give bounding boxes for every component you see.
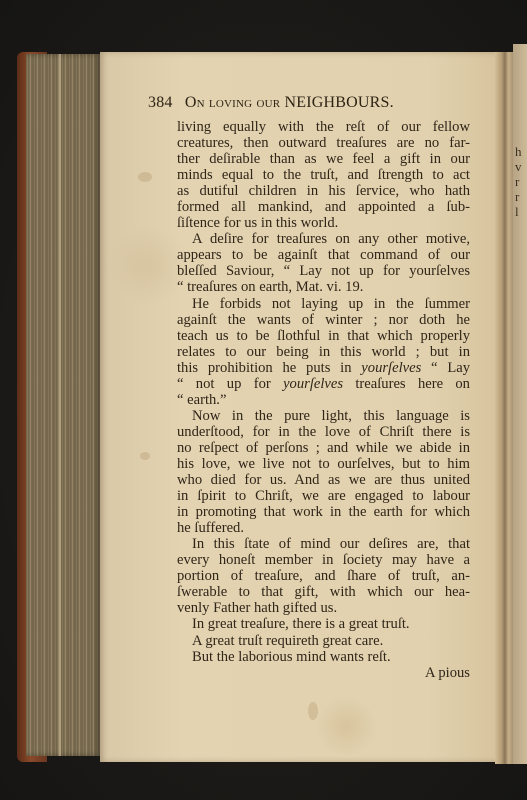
text-line: creatures, then outward treaſures are no… bbox=[177, 135, 470, 151]
text-line: A great truſt requireth great care. bbox=[177, 633, 470, 649]
text-line: this prohibition he puts in yourſelves “… bbox=[177, 360, 470, 376]
text-line: ſiſtence for us in this world. bbox=[177, 215, 470, 231]
text-line: A pious bbox=[177, 665, 470, 681]
text-line: appears to be againſt that command of ou… bbox=[177, 247, 470, 263]
body-text: living equally with the reſt of our fell… bbox=[177, 119, 470, 681]
running-title-prefix: On loving our bbox=[185, 94, 280, 111]
facing-page-sliver: hvrrl bbox=[513, 44, 527, 764]
text-line: But the laborious mind wants reſt. bbox=[177, 649, 470, 665]
foxing-stain bbox=[308, 702, 318, 720]
text-line: In great treaſure, there is a great truſ… bbox=[177, 616, 470, 632]
text-line: every honeſt member in ſociety may have … bbox=[177, 552, 470, 568]
text-line: in ſpirit to Chriſt, we are engaged to l… bbox=[177, 488, 470, 504]
text-line: no reſpect of perſons ; and while we abi… bbox=[177, 440, 470, 456]
text-line: living equally with the reſt of our fell… bbox=[177, 119, 470, 135]
text-line: bleſſed Saviour, “ Lay not up for yourſe… bbox=[177, 263, 470, 279]
text-line: in promoting that work in the earth for … bbox=[177, 504, 470, 520]
foxing-stain bbox=[138, 172, 152, 182]
text-line: againſt the wants of winter ; nor doth h… bbox=[177, 312, 470, 328]
facing-page-glyph: h bbox=[513, 144, 527, 159]
text-line: He forbids not laying up in the ſummer bbox=[177, 296, 470, 312]
text-line: who died for us. And as we are thus unit… bbox=[177, 472, 470, 488]
text-line: ſwerable to that gift, with which our he… bbox=[177, 584, 470, 600]
text-line: ther deſirable than as we feel a gift in… bbox=[177, 151, 470, 167]
text-line: relates to our being in this world ; but… bbox=[177, 344, 470, 360]
foxing-stain bbox=[140, 452, 150, 460]
text-line: minds equal to the truſt, and ſtrength t… bbox=[177, 167, 470, 183]
text-line: Now in the pure light, this language is bbox=[177, 408, 470, 424]
text-line: his love, we live not to ourſelves, but … bbox=[177, 456, 470, 472]
page-number: 384 bbox=[148, 94, 173, 111]
text-line: underſtood, for in the love of Chriſt th… bbox=[177, 424, 470, 440]
facing-page-glyph: r bbox=[513, 174, 527, 189]
text-line: formed all mankind, and appointed a ſub- bbox=[177, 199, 470, 215]
text-line: In this ſtate of mind our deſires are, t… bbox=[177, 536, 470, 552]
text-line: “ not up for yourſelves treaſures here o… bbox=[177, 376, 470, 392]
book-gutter bbox=[495, 52, 513, 764]
running-head: 384 On loving our NEIGHBOURS. bbox=[148, 94, 488, 112]
running-title-main: NEIGHBOURS. bbox=[285, 94, 394, 111]
text-line: A deſire for treaſures on any other moti… bbox=[177, 231, 470, 247]
text-line: teach us to be ſlothful in that which pr… bbox=[177, 328, 470, 344]
text-line: he ſuffered. bbox=[177, 520, 470, 536]
text-line: venly Father hath gifted us. bbox=[177, 600, 470, 616]
text-line: “ treaſures on earth, Mat. vi. 19. bbox=[177, 279, 470, 295]
facing-page-glyph: v bbox=[513, 159, 527, 174]
text-line: “ earth.” bbox=[177, 392, 470, 408]
text-line: as dutiful children in his ſervice, who … bbox=[177, 183, 470, 199]
facing-page-glyph: r bbox=[513, 189, 527, 204]
page-block-edge bbox=[26, 54, 101, 756]
facing-page-glyph: l bbox=[513, 204, 527, 219]
text-line: portion of treaſure, and ſhare of truſt,… bbox=[177, 568, 470, 584]
